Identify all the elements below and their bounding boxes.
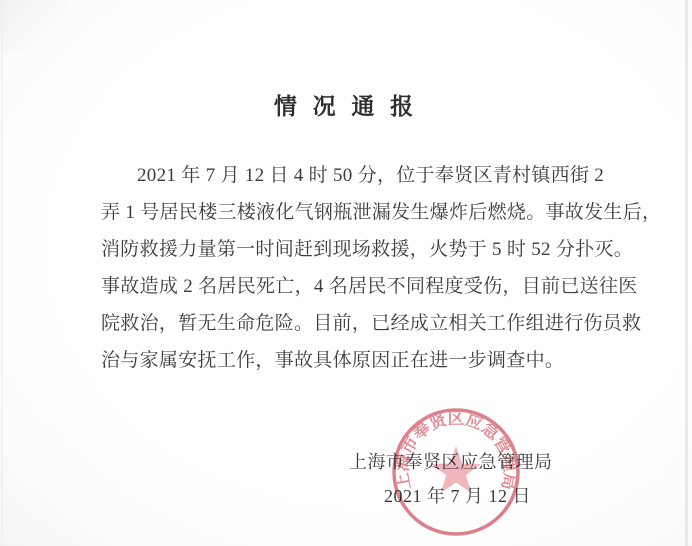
scan-edge-left xyxy=(1,0,3,546)
body-line: 消防救援力量第一时间赶到现场救援，火势于 5 时 52 分扑灭。 xyxy=(101,231,621,268)
notice-title: 情 况 通 报 xyxy=(0,88,692,121)
notice-body: 2021 年 7 月 12 日 4 时 50 分，位于奉贤区青村镇西街 2 弄 … xyxy=(101,157,621,379)
issuer-signature: 上海市奉贤区应急管理局 xyxy=(349,448,553,474)
body-line: 治与家属安抚工作，事故具体原因正在进一步调查中。 xyxy=(101,342,621,379)
scan-corner-shade xyxy=(0,0,70,50)
body-line: 事故造成 2 名居民死亡，4 名居民不同程度受伤，目前已送往医 xyxy=(101,268,621,305)
body-line: 弄 1 号居民楼三楼液化气钢瓶泄漏发生爆炸后燃烧。事故发生后， xyxy=(101,194,621,231)
scan-edge-right xyxy=(685,0,688,546)
body-line: 院救治，暂无生命危险。目前，已经成立相关工作组进行伤员救 xyxy=(101,305,621,342)
notice-page: 情 况 通 报 2021 年 7 月 12 日 4 时 50 分，位于奉贤区青村… xyxy=(0,0,692,546)
body-line: 2021 年 7 月 12 日 4 时 50 分，位于奉贤区青村镇西街 2 xyxy=(101,157,621,194)
issue-date: 2021 年 7 月 12 日 xyxy=(384,482,531,508)
